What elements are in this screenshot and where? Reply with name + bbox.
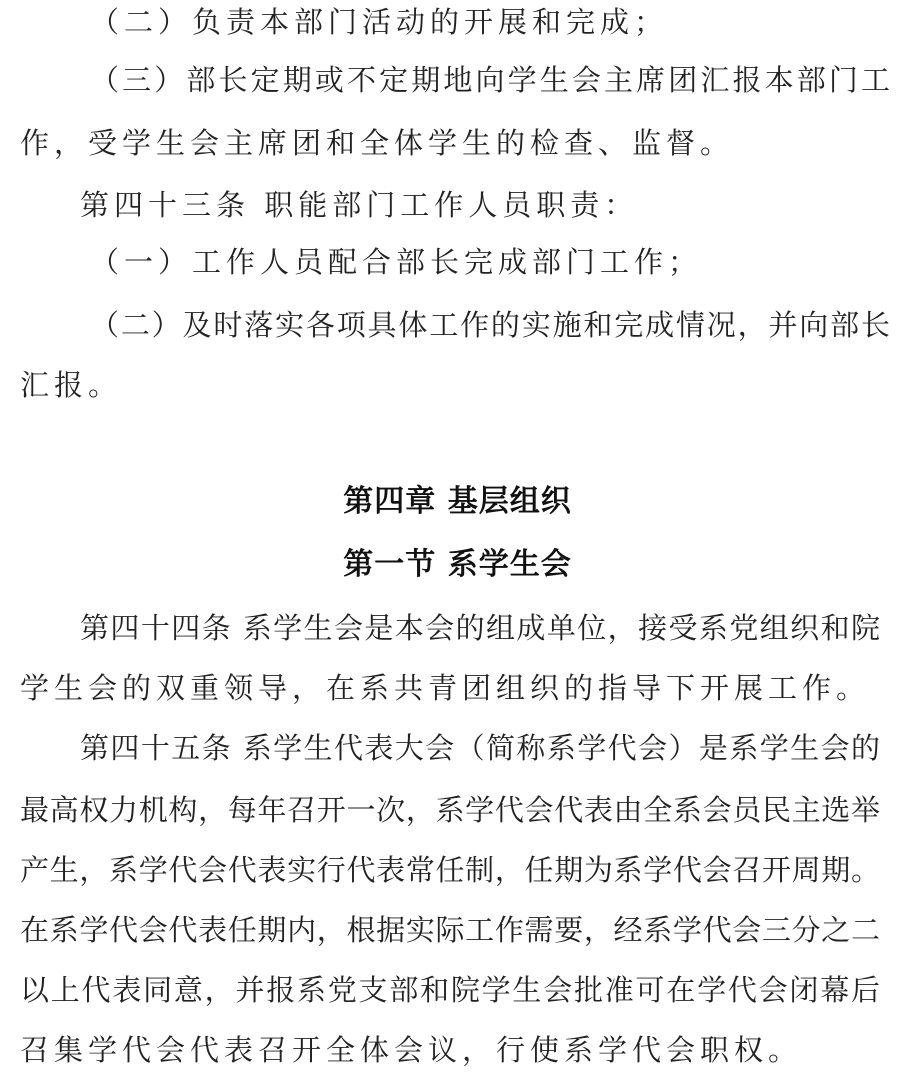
article-45-line4: 在系学代会代表任期内，根据实际工作需要，经系学代会三分之二	[20, 910, 880, 950]
article-45-line6: 召集学代会代表召开全体会议，行使系学代会职权。	[20, 1030, 802, 1070]
item-3-report-text-line1: （三）部长定期或不定期地向学生会主席团汇报本部门工	[90, 60, 890, 100]
section-heading: 第一节 系学生会	[0, 545, 915, 585]
item-2-responsibility-text: （二）负责本部门活动的开展和完成；	[90, 2, 668, 42]
article-45-line5: 以上代表同意，并报系党支部和院学生会批准可在学代会闭幕后	[20, 970, 880, 1010]
item-3-report-text-line2: 作，受学生会主席团和全体学生的检查、监督。	[20, 123, 734, 163]
article-43-item-2-line2: 汇报。	[20, 365, 122, 405]
article-45-line1: 第四十五条 系学生代表大会（简称系学代会）是系学生会的	[80, 728, 880, 768]
article-44-line2: 学生会的双重领导，在系共青团组织的指导下开展工作。	[20, 668, 870, 708]
article-44-line1: 第四十四条 系学生会是本会的组成单位，接受系党组织和院	[80, 608, 880, 648]
article-45-line3: 产生，系学代会代表实行代表常任制，任期为系学代会召开周期。	[20, 850, 880, 890]
article-43-item-1: （一）工作人员配合部长完成部门工作；	[90, 242, 702, 282]
article-45-line2: 最高权力机构，每年召开一次，系学代会代表由全系会员民主选举	[20, 790, 880, 830]
chapter-heading: 第四章 基层组织	[0, 482, 915, 522]
article-43-title: 第四十三条 职能部门工作人员职责：	[80, 185, 638, 225]
article-43-item-2-line1: （二）及时落实各项具体工作的实施和完成情况，并向部长	[90, 305, 890, 345]
